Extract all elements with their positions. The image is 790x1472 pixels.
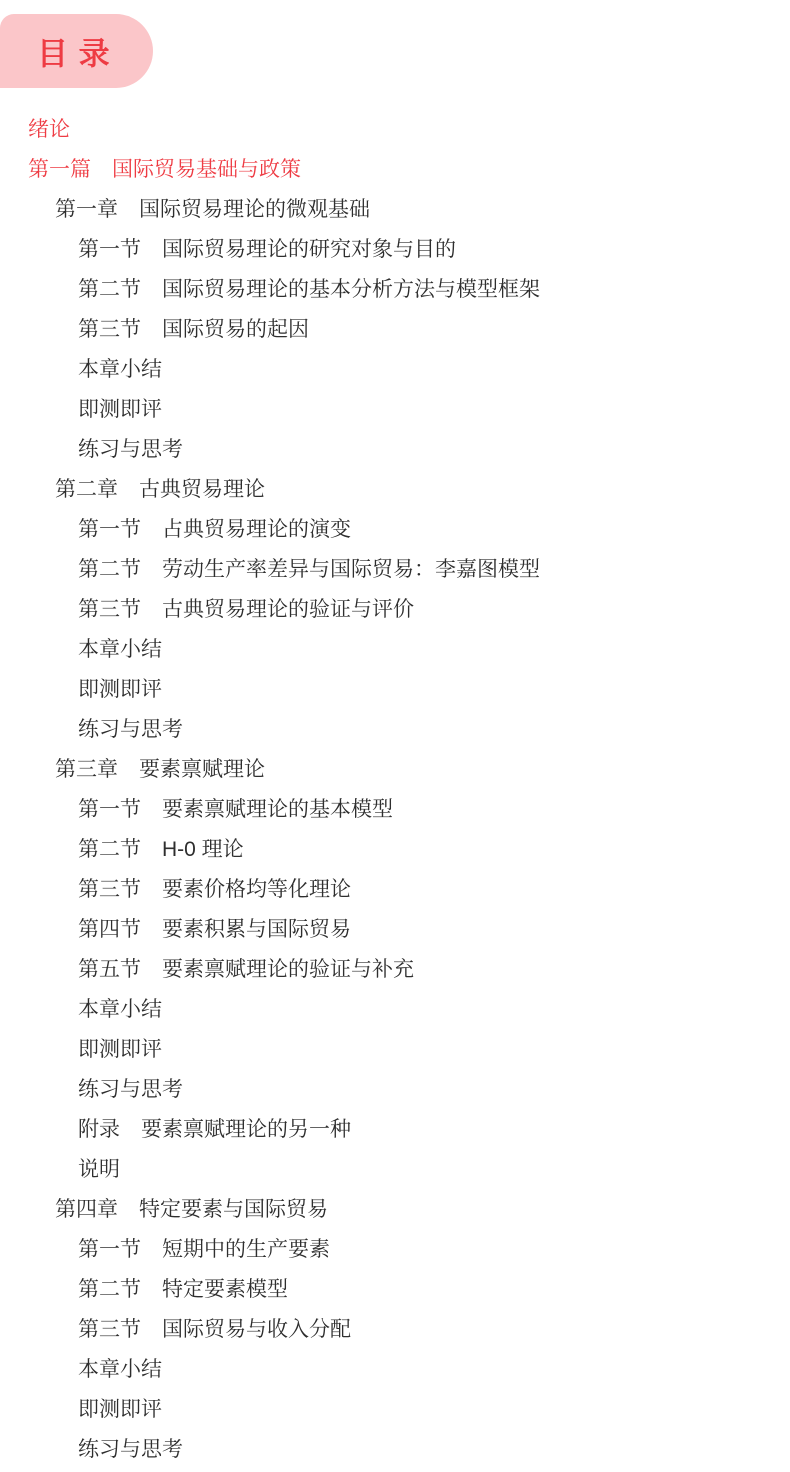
toc-item-chapter[interactable]: 第一章 国际贸易理论的微观基础 bbox=[0, 190, 790, 230]
toc-item-section[interactable]: 第二节 特定要素模型 bbox=[0, 1270, 790, 1310]
toc-item-section[interactable]: 第三节 国际贸易与收入分配 bbox=[0, 1310, 790, 1350]
toc-item-section[interactable]: 即测即评 bbox=[0, 1390, 790, 1430]
toc-item-section[interactable]: 第一节 要素禀赋理论的基本模型 bbox=[0, 790, 790, 830]
toc-item-chapter[interactable]: 第三章 要素禀赋理论 bbox=[0, 750, 790, 790]
toc-item-section[interactable]: 第三节 要素价格均等化理论 bbox=[0, 870, 790, 910]
toc-item-part[interactable]: 第一篇 国际贸易基础与政策 bbox=[0, 150, 790, 190]
toc-item-section[interactable]: 即测即评 bbox=[0, 670, 790, 710]
toc-item-section[interactable]: 即测即评 bbox=[0, 1030, 790, 1070]
toc-item-section[interactable]: 练习与思考 bbox=[0, 1430, 790, 1470]
toc-header-title: 目 录 bbox=[37, 29, 111, 74]
toc-list: 绪论第一篇 国际贸易基础与政策第一章 国际贸易理论的微观基础第一节 国际贸易理论… bbox=[0, 110, 790, 1470]
toc-item-section[interactable]: 本章小结 bbox=[0, 350, 790, 390]
toc-item-chapter[interactable]: 第四章 特定要素与国际贸易 bbox=[0, 1190, 790, 1230]
toc-item-section[interactable]: 第二节 H-0 理论 bbox=[0, 830, 790, 870]
toc-item-section[interactable]: 练习与思考 bbox=[0, 710, 790, 750]
toc-item-part[interactable]: 绪论 bbox=[0, 110, 790, 150]
toc-item-section[interactable]: 第一节 短期中的生产要素 bbox=[0, 1230, 790, 1270]
toc-item-section[interactable]: 第一节 国际贸易理论的研究对象与目的 bbox=[0, 230, 790, 270]
toc-item-section[interactable]: 练习与思考 bbox=[0, 430, 790, 470]
toc-item-section[interactable]: 第四节 要素积累与国际贸易 bbox=[0, 910, 790, 950]
toc-item-chapter[interactable]: 第二章 古典贸易理论 bbox=[0, 470, 790, 510]
toc-item-section[interactable]: 本章小结 bbox=[0, 990, 790, 1030]
toc-item-section[interactable]: 附录 要素禀赋理论的另一种 bbox=[0, 1110, 790, 1150]
toc-item-section[interactable]: 本章小结 bbox=[0, 630, 790, 670]
toc-item-section[interactable]: 即测即评 bbox=[0, 390, 790, 430]
toc-item-section[interactable]: 第五节 要素禀赋理论的验证与补充 bbox=[0, 950, 790, 990]
toc-item-section[interactable]: 本章小结 bbox=[0, 1350, 790, 1390]
toc-item-section[interactable]: 练习与思考 bbox=[0, 1070, 790, 1110]
toc-header-badge: 目 录 bbox=[0, 14, 153, 88]
toc-item-section[interactable]: 第一节 占典贸易理论的演变 bbox=[0, 510, 790, 550]
toc-item-section[interactable]: 第三节 国际贸易的起因 bbox=[0, 310, 790, 350]
toc-item-section[interactable]: 说明 bbox=[0, 1150, 790, 1190]
toc-item-section[interactable]: 第二节 劳动生产率差异与国际贸易：李嘉图模型 bbox=[0, 550, 790, 590]
toc-item-section[interactable]: 第三节 古典贸易理论的验证与评价 bbox=[0, 590, 790, 630]
toc-item-section[interactable]: 第二节 国际贸易理论的基本分析方法与模型框架 bbox=[0, 270, 790, 310]
